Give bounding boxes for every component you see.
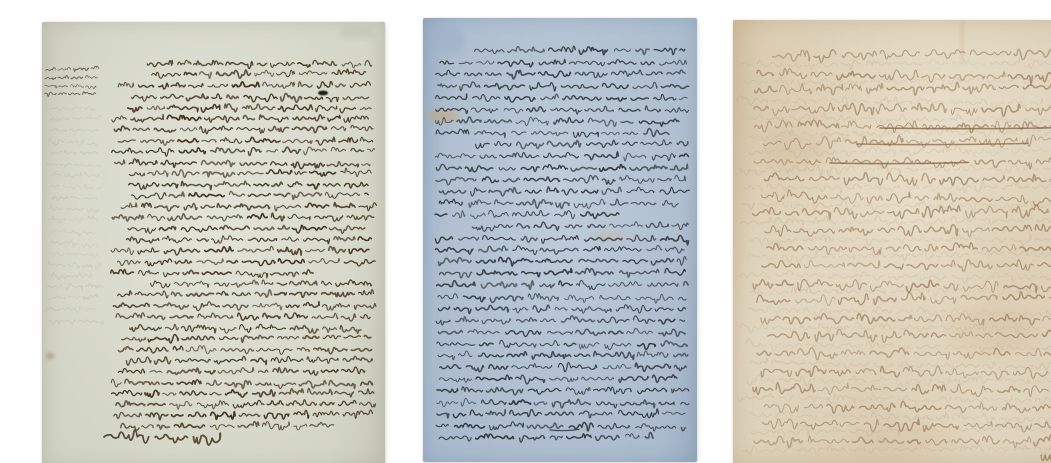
manuscript-page-right: Tan letter page written in faded sepia-b… — [733, 20, 1051, 463]
manuscript-page-left: Cream laid-paper letter page densely wri… — [42, 22, 385, 463]
handwriting-rendering-left — [42, 22, 385, 463]
manuscript-page-middle: Light-blue letter page written in near-b… — [423, 18, 697, 462]
manuscript-photo-scene: Cream laid-paper letter page densely wri… — [0, 0, 1051, 463]
handwriting-rendering-middle — [423, 18, 697, 462]
handwriting-rendering-right — [733, 20, 1051, 463]
